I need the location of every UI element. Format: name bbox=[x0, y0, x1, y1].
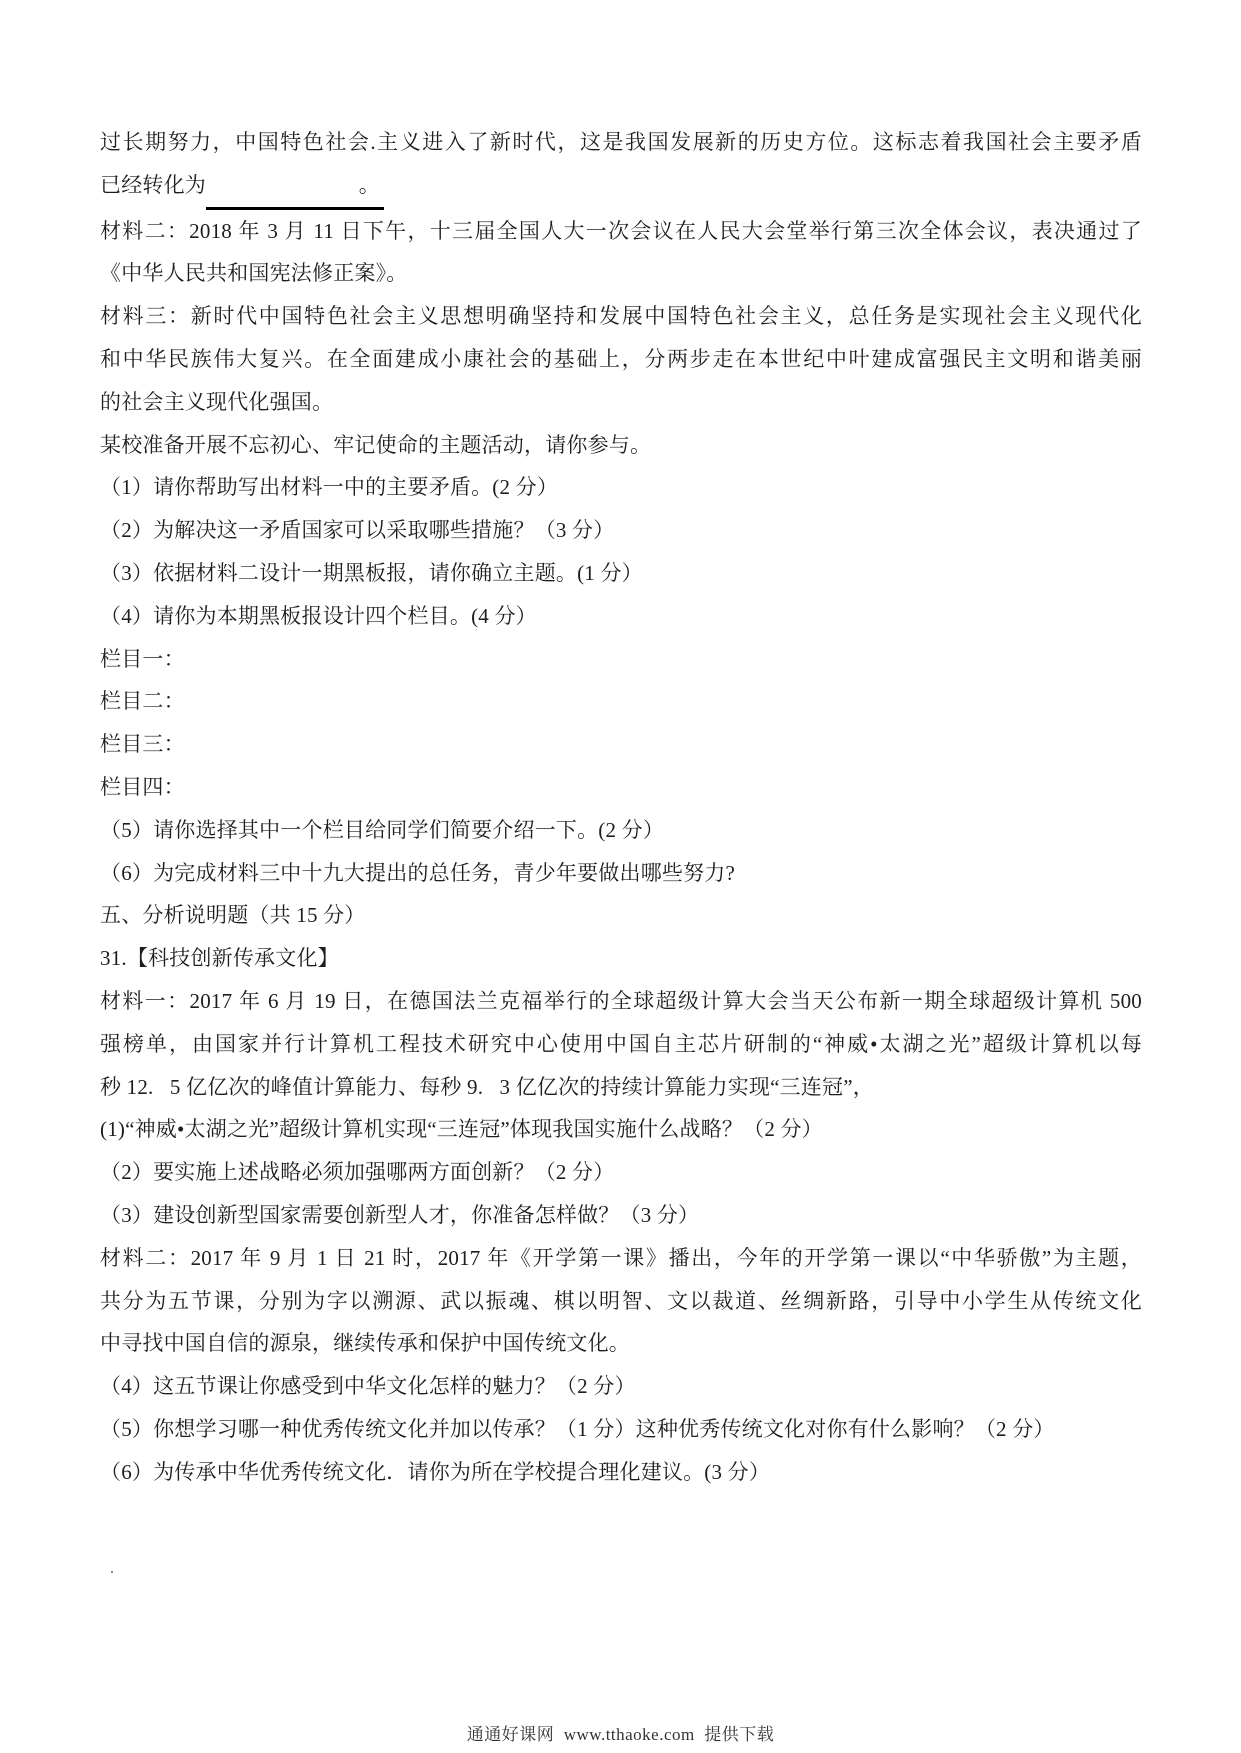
text-line: 强榜单，由国家并行计算机工程技术研究中心使用中国自主芯片研制的“神威•太湖之光”… bbox=[100, 1023, 1142, 1066]
text-line: 过长期努力，中国特色社会.主义进入了新时代，这是我国发展新的历史方位。这标志着我… bbox=[100, 121, 1142, 164]
text-line: （2）要实施上述战略必须加强哪两方面创新？（2 分） bbox=[100, 1151, 1142, 1194]
text-line: 《中华人民共和国宪法修正案》。 bbox=[100, 252, 1142, 295]
text-line: 秒 12. 5 亿亿次的峰值计算能力、每秒 9. 3 亿亿次的持续计算能力实现“… bbox=[100, 1066, 1142, 1109]
text-line: 某校准备开展不忘初心、牢记使命的主题活动，请你参与。 bbox=[100, 424, 1142, 467]
text-line: （5）你想学习哪一种优秀传统文化并加以传承？（1 分）这种优秀传统文化对你有什么… bbox=[100, 1408, 1142, 1451]
text-line: 中寻找中国自信的源泉，继续传承和保护中国传统文化。 bbox=[100, 1322, 1142, 1365]
text-line: （6）为完成材料三中十九大提出的总任务，青少年要做出哪些努力? bbox=[100, 852, 1142, 895]
footer-credit: 通通好课网 www.tthaoke.com 提供下载 bbox=[0, 1720, 1241, 1745]
text-line: （5）请你选择其中一个栏目给同学们简要介绍一下。(2 分） bbox=[100, 809, 1142, 852]
blank-line-period: 。 bbox=[359, 173, 380, 197]
fill-blank-line: 已经转化为。 bbox=[100, 164, 1142, 210]
text-line: 栏目一： bbox=[100, 638, 1142, 681]
text-line: 共分为五节课，分别为字以溯源、武以振魂、棋以明智、文以裁道、丝绸新路，引导中小学… bbox=[100, 1280, 1142, 1323]
text-line: （3）依据材料二设计一期黑板报，请你确立主题。(1 分） bbox=[100, 552, 1142, 595]
text-line: （2）为解决这一矛盾国家可以采取哪些措施？（3 分） bbox=[100, 509, 1142, 552]
text-line: （1）请你帮助写出材料一中的主要矛盾。(2 分） bbox=[100, 466, 1142, 509]
text-line: 的社会主义现代化强国。 bbox=[100, 381, 1142, 424]
text-line: (1)“神威•太湖之光”超级计算机实现“三连冠”体现我国实施什么战略？（2 分） bbox=[100, 1108, 1142, 1151]
text-line: 栏目三： bbox=[100, 723, 1142, 766]
text-line: 和中华民族伟大复兴。在全面建成小康社会的基础上，分两步走在本世纪中叶建成富强民主… bbox=[100, 338, 1142, 381]
answer-blank: 。 bbox=[206, 164, 384, 210]
exam-paper-page: 过长期努力，中国特色社会.主义进入了新时代，这是我国发展新的历史方位。这标志着我… bbox=[0, 0, 1241, 1753]
text-line: 31.【科技创新传承文化】 bbox=[100, 937, 1142, 980]
text-line: （4）请你为本期黑板报设计四个栏目。(4 分） bbox=[100, 595, 1142, 638]
text-line: 栏目二： bbox=[100, 680, 1142, 723]
text-line: 材料一：2017 年 6 月 19 日，在德国法兰克福举行的全球超级计算大会当天… bbox=[100, 980, 1142, 1023]
text-line: 五、分析说明题（共 15 分） bbox=[100, 894, 1142, 937]
blank-line-prefix: 已经转化为 bbox=[100, 173, 206, 197]
text-line: 材料三：新时代中国特色社会主义思想明确坚持和发展中国特色社会主义，总任务是实现社… bbox=[100, 295, 1142, 338]
text-line: 材料二：2018 年 3 月 11 日下午，十三届全国人大一次会议在人民大会堂举… bbox=[100, 210, 1142, 253]
document-body: 过长期努力，中国特色社会.主义进入了新时代，这是我国发展新的历史方位。这标志着我… bbox=[100, 121, 1142, 1494]
scan-artifact-dot: . bbox=[110, 1560, 114, 1578]
text-line: 材料二：2017 年 9 月 1 日 21 时，2017 年《开学第一课》播出，… bbox=[100, 1237, 1142, 1280]
text-line: （4）这五节课让你感受到中华文化怎样的魅力？（2 分） bbox=[100, 1365, 1142, 1408]
text-line: （3）建设创新型国家需要创新型人才，你准备怎样做？（3 分） bbox=[100, 1194, 1142, 1237]
text-line: 栏目四： bbox=[100, 766, 1142, 809]
text-line: （6）为传承中华优秀传统文化．请你为所在学校提合理化建议。(3 分） bbox=[100, 1451, 1142, 1494]
